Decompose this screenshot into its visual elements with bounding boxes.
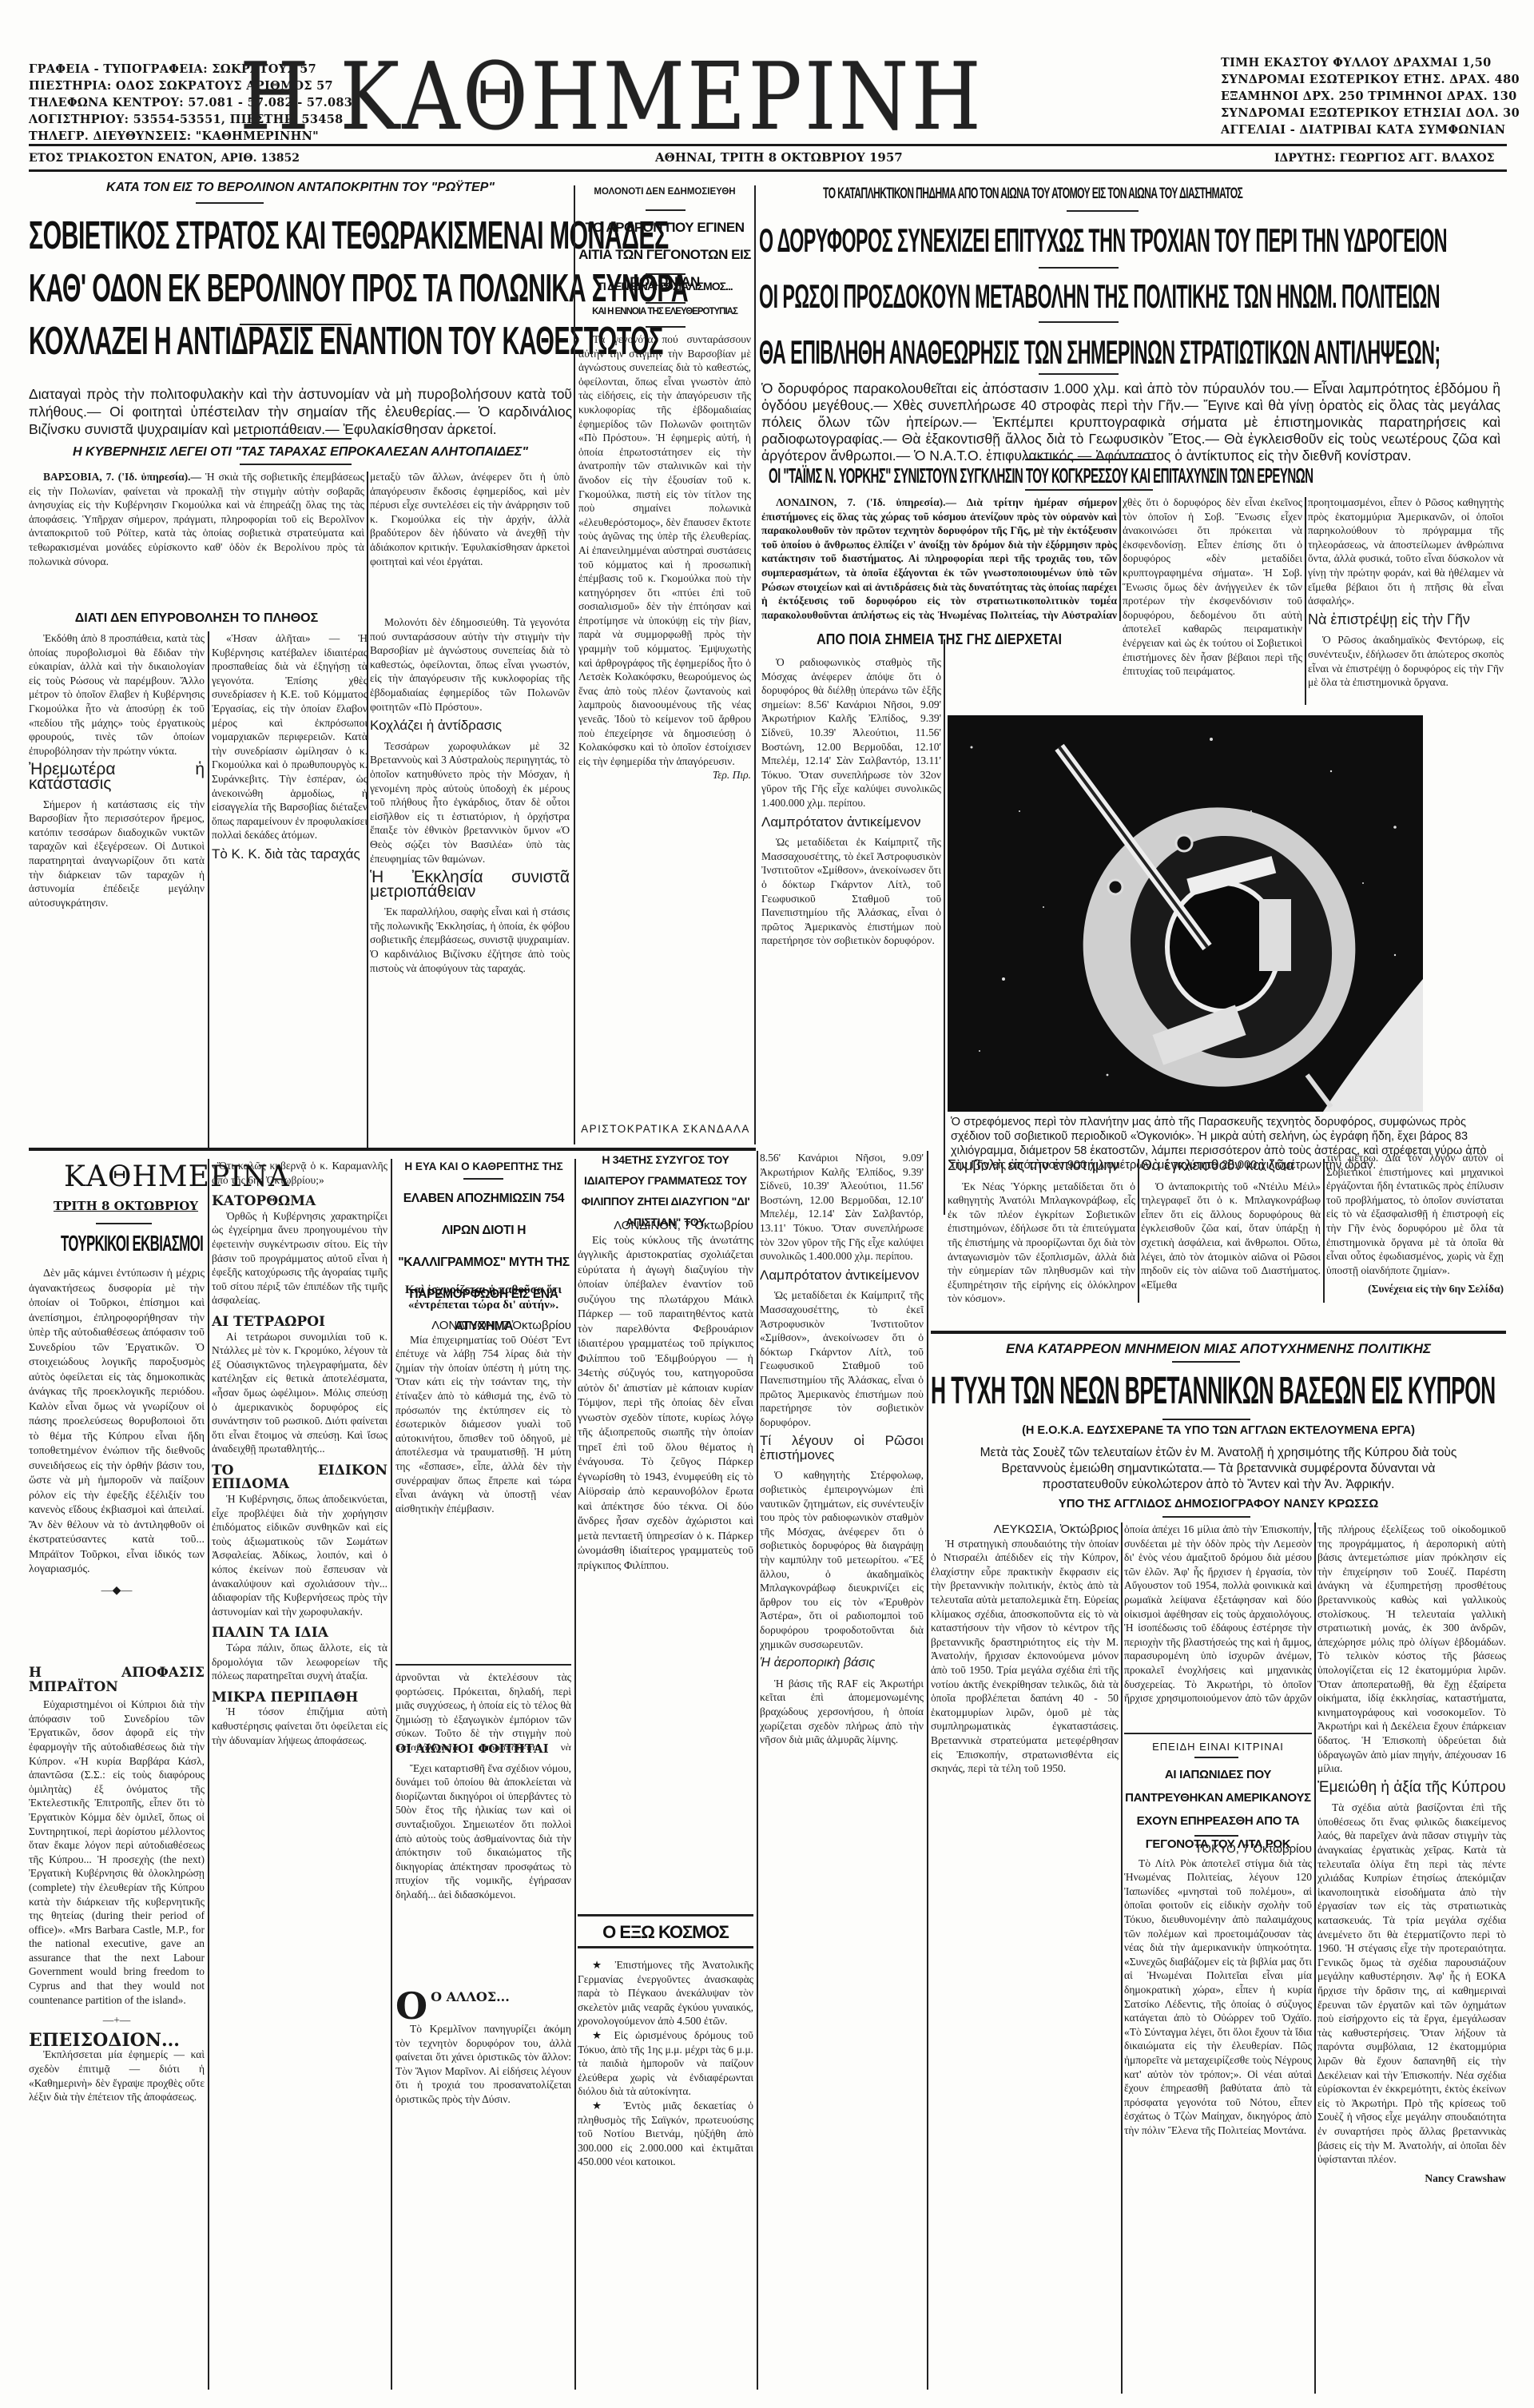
column-text: Τὰ σχέδια αὐτὰ βασίζονται ἐπὶ τῆς ὑποθέσ… — [1317, 1801, 1506, 2166]
divider — [1124, 1733, 1312, 1734]
eva-kicker: Η ΕΥΑ ΚΑΙ Ο ΚΑΘΡΕΠΤΗΣ ΤΗΣ — [394, 1160, 574, 1172]
censorship-head2: ΤΙ ΔΕΝ ΕΙΝΑΙ ΣΟΣΙΑΛΙΣΜΟΣ... — [577, 280, 753, 293]
poland-body-col2b: «Ἡσαν ἀλῆται» — Ἡ Κυβέρνησις κατέβαλεν ἰ… — [212, 631, 368, 1151]
poland-body-lead: ΒΑΡΣΟΒΙΑ, 7. ('Ιδ. ὑπηρεσία).— Ἡ σκιὰ τῆ… — [29, 470, 364, 606]
sputnik-body-col3c: Θὰ ἐγκλεισθοῦν καὶ ζῶα Ὁ ἀνταποκριτὴς το… — [1141, 1159, 1321, 1303]
column-text: χθὲς ὅτι ὁ δορυφόρος δὲν εἶναι ἐκεῖνος τ… — [1123, 496, 1302, 679]
item-heading: ΕΠΕΙΣΟΔΙΟΝ... — [29, 2034, 205, 2048]
sputnik-body-col4c: τινι μέτρῳ. Διὰ τὸν λόγον αὐτὸν οἱ Σοβιε… — [1326, 1151, 1504, 1303]
poland-body-col3: Μολονότι δὲν ἐδημοσιεύθη. Τὰ γεγονότα πο… — [370, 615, 570, 1151]
headline-text: ΟΙ ΑΙΩΝΙΟΙ ΦΟΙΤΗΤΑΙ — [395, 1742, 549, 1756]
subheading: Ἠρεμωτέρα ἡ κατάστασις — [29, 762, 205, 790]
column-rule — [1305, 497, 1306, 705]
item-heading: ΤΟ ΕΙΔΙΚΟΝ ΕΠΙΔΟΜΑ — [212, 1464, 387, 1492]
divider — [578, 1914, 753, 1916]
item-text: Εἰς ὡρισμένους δρόμους τοῦ Τόκυο, ἀπὸ τῆ… — [578, 2029, 753, 2097]
sputnik-lower-col: 8.56' Κανάριοι Νῆσοι, 9.09' Ἀκρωτήριον Κ… — [760, 1151, 924, 2302]
newspaper-title: Η ΚΑΘΗΜΕΡΙΝΗ — [240, 50, 984, 145]
divider — [646, 209, 686, 211]
item-text: Ἐντὸς μιᾶς δεκαετίας ὁ πληθυσμὸς τῆς Σαϊ… — [578, 2100, 753, 2167]
column-text: Ἐκ παραλλήλου, σαφὴς εἶναι καὶ ἡ στάσις … — [370, 905, 570, 975]
dateline: ΤΟΚΥΟ, 7 Ὀκτωβρίου — [1124, 1842, 1312, 1857]
ornament-divider: —+— — [29, 2013, 205, 2028]
subheading: Θὰ ἐγκλεισθοῦν καὶ ζῶα — [1141, 1159, 1321, 1173]
masthead-right-info: ΤΙΜΗ ΕΚΑΣΤΟΥ ΦΥΛΛΟΥ ΔΡΑΧΜΑΙ 1,50 ΣΥΝΔΡΟΜ… — [1221, 54, 1520, 138]
column-text: ἀρνοῦνται νὰ ἐκτελέσουν τὰς φορτώσεις. Π… — [395, 1670, 571, 1750]
headline-line: ΣΟΒΙΕΤΙΚΟΣ ΣΤΡΑΤΟΣ ΚΑΙ ΤΕΘΩΡΑΚΙΣΜΕΝΑΙ ΜΟ… — [29, 209, 583, 262]
poland-kicker: ΚΑΤΑ ΤΟΝ ΕΙΣ ΤΟ ΒΕΡΟΛΙΝΟΝ ΑΝΤΑΠΟΚΡΙΤΗΝ Τ… — [29, 181, 572, 195]
divider — [1162, 1419, 1250, 1420]
column-text: ὁποία ἀπέχει 16 μίλια ἀπὸ τὴν Ἐπισκοπήν,… — [1124, 1522, 1312, 1706]
column-text: τινι μέτρῳ. Διὰ τὸν λόγον αὐτὸν οἱ Σοβιε… — [1326, 1151, 1504, 1277]
sputnik-deck: Ὁ δορυφόρος παρακολουθεῖται εἰς ἀπόστασι… — [761, 380, 1500, 464]
headline-text: Ο ΑΛΛΟΣ... — [431, 1990, 510, 2004]
column-text: Ὡς μεταδίδεται ἐκ Καίμπριτζ τῆς Μασσαχου… — [760, 1288, 924, 1429]
column-rule — [1323, 1159, 1325, 1303]
column-rule — [1121, 1522, 1123, 2394]
drop-cap: O — [395, 1990, 427, 2022]
signature: Nancy Crawshaw — [1317, 2171, 1506, 2186]
kathimerina-body-1: Δὲν μᾶς κάμνει ἐντύπωσιν ἡ μέχρις ἀγανακ… — [29, 1267, 205, 1662]
subheading: Ἡ ἀεροπορικὴ βάσις — [760, 1656, 924, 1670]
subheading: Τί λέγουν οἱ Ρῶσοι ἐπιστήμονες — [760, 1434, 924, 1462]
lead-text: Ἡ σκιὰ τῆς σοβιετικῆς ἐπεμβάσεως εἰς τὴν… — [29, 471, 364, 567]
headline-line: ΘΑ ΕΠΙΒΛΗΘΗ ΑΝΑΘΕΩΡΗΣΙΣ ΤΩΝ ΣΗΜΕΡΙΝΩΝ ΣΤ… — [759, 328, 1513, 377]
divider — [1194, 1757, 1238, 1758]
headline-line: ΟΙ ΡΩΣΟΙ ΠΡΟΣΔΟΚΟΥΝ ΜΕΤΑΒΟΛΗΝ ΤΗΣ ΠΟΛΙΤΙ… — [759, 272, 1513, 321]
divider — [240, 464, 352, 465]
divider — [646, 302, 686, 304]
divider — [1039, 267, 1119, 269]
column-text: Ὁ ραδιοφωνικὸς σταθμὸς τῆς Μόσχας ἀνέφερ… — [761, 655, 941, 810]
sputnik-drawing-icon — [948, 715, 1423, 1112]
outside-item: ★ Ἐπιστήμονες τῆς Ἀνατολικῆς Γερμανίας ἐ… — [578, 1958, 753, 2028]
censorship-head3: ΚΑΙ Η ΕΝΝΟΙΑ ΤΗΣ ΕΛΕΥΘΕΡΟΤΥΠΙΑΣ — [577, 307, 753, 316]
kathimerina-body-2: Η ΑΠΟΦΑΣΙΣ ΜΠΡΑΪΤΟΝ Εὐχαριστημένοι οἱ Κύ… — [29, 1666, 205, 2290]
column-text: Αἱ τετράωροι συνομιλίαι τοῦ κ. Ντάλλες μ… — [212, 1330, 387, 1456]
sputnik-headline: Ο ΔΟΡΥΦΟΡΟΣ ΣΥΝΕΧΙΖΕΙ ΕΠΙΤΥΧΩΣ ΤΗΝ ΤΡΟΧΙ… — [759, 216, 1510, 377]
column-text: Ὡς μεταδίδεται ἐκ Καίμπριτζ τῆς Μασσαχου… — [761, 835, 941, 948]
column-rule — [754, 185, 756, 1144]
column-rule — [208, 631, 209, 1151]
divider — [1194, 1835, 1238, 1837]
column-text: μεταξὺ τῶν ἄλλων, ἀνέφερεν ὅτι ἡ ὑπὸ ἀπα… — [370, 470, 570, 568]
column-rule — [927, 1151, 928, 2390]
item-heading: ΠΑΛΙΝ ΤΑ ΙΔΙΑ — [212, 1626, 387, 1641]
cyprus-headline: Η ΤΥΧΗ ΤΩΝ ΝΕΩΝ ΒΡΕΤΑΝΝΙΚΩΝ ΒΑΣΕΩΝ ΕΙΣ Κ… — [931, 1367, 1502, 1416]
subheading: Συμβολὴ εἰς τὴν ἐπιστήμην — [948, 1159, 1135, 1173]
divider — [1067, 210, 1139, 212]
column-text: Ἔχει καταρτισθῆ ἕνα σχέδιον νόμου, δυνάμ… — [395, 1761, 571, 1902]
column-text: Ἐκπλήσσεται μία ἐφημερίς — καὶ σχεδὸν ἐπ… — [29, 2048, 205, 2104]
dateline: ΛΟΝΔΙΝΟΝ, 7 Ὀκτωβρίου — [395, 1319, 571, 1333]
section-rule — [931, 1331, 1506, 1334]
divider — [395, 1664, 571, 1666]
divider — [1039, 373, 1119, 375]
divider — [196, 202, 264, 204]
signature: Τερ. Πιρ. — [578, 768, 751, 782]
outside-item: ★ Εἰς ὡρισμένους δρόμους τοῦ Τόκυο, ἀπὸ … — [578, 2028, 753, 2099]
japan-kicker: ΕΠΕΙΔΗ ΕΙΝΑΙ ΚΙΤΡΙΝΑΙ — [1124, 1741, 1312, 1753]
column-text: Μία ἐπιχειρηματίας τοῦ Οὐέστ Ἔντ ἐπέτυχε… — [395, 1333, 571, 1516]
column-text: «Ἡσαν ἀλῆται» — Ἡ Κυβέρνησις κατέβαλεν ἰ… — [212, 631, 368, 842]
allos-headline: OΟ ΑΛΛΟΣ... — [395, 1990, 571, 2004]
column-text: Τὸ Κρεμλῖνον πανηγυρίζει ἀκόμη τὸν τεχνη… — [395, 2022, 571, 2107]
founder: ΙΔΡΥΤΗΣ: ΓΕΩΡΓΙΟΣ ΑΓΓ. ΒΛΑΧΟΣ — [1274, 152, 1495, 165]
poland-subhead-2: ΔΙΑΤΙ ΔΕΝ ΕΠΥΡΟΒΟΛΗΣΗ ΤΟ ΠΛΗΘΟΣ — [29, 611, 364, 626]
headline-line: Ο ΔΟΡΥΦΟΡΟΣ ΣΥΝΕΧΙΖΕΙ ΕΠΙΤΥΧΩΣ ΤΗΝ ΤΡΟΧΙ… — [759, 216, 1513, 265]
japan-body: ΤΟΚΥΟ, 7 Ὀκτωβρίου Τὸ Λίτλ Ρὸκ ἀποτελεῖ … — [1124, 1842, 1312, 2306]
column-rule — [574, 185, 575, 1144]
subheading: Λαμπρότατον ἀντικείμενον — [761, 815, 941, 830]
subheading: Ἐμειώθη ἡ ἀξία τῆς Κύπρου — [1317, 1781, 1506, 1795]
dateline: ΛΕΥΚΩΣΙΑ, Ὀκτώβριος — [931, 1522, 1119, 1537]
column-text: Τώρα πάλιν, ὅπως ἄλλοτε, εἰς τὰ δρομολόγ… — [212, 1641, 387, 1683]
column-text: Μολονότι δὲν ἐδημοσιεύθη. Τὰ γεγονότα πο… — [370, 615, 570, 714]
sputnik-kicker: ΤΟ ΚΑΤΑΠΛΗΚΤΙΚΟΝ ΠΗΔΗΜΑ ΑΠΟ ΤΟΝ ΑΙΩΝΑ ΤΟ… — [823, 185, 1437, 203]
item-text: Ἐπιστήμονες τῆς Ἀνατολικῆς Γερμανίας ἐνε… — [578, 1959, 753, 2027]
poland-body-col2: μεταξὺ τῶν ἄλλων, ἀνέφερεν ὅτι ἡ ὑπὸ ἀπα… — [370, 470, 570, 606]
dateline: ΛΟΝΔΙΝΟΝ, 7 Ὀκτωβρίου — [578, 1219, 753, 1234]
sputnik-body-col2: χθὲς ὅτι ὁ δορυφόρος δὲν εἶναι ἐκεῖνος τ… — [1123, 496, 1302, 703]
column-text: Τὰ γεγονότα πού συνταράσσουν αὐτὴν τὴν σ… — [578, 332, 751, 768]
divider — [1162, 1516, 1250, 1518]
column-rule — [757, 1151, 758, 2390]
column-text: Ἡ Κυβέρνησις, ὅπως ἀποδεικνύεται, εἶχε π… — [212, 1492, 387, 1618]
cyprus-col3: τῆς πλήρους ἐξελίξεως τοῦ οἰκοδομικοῦ τη… — [1317, 1522, 1506, 2322]
subheading: Τὸ Κ. Κ. διὰ τὰς ταραχάς — [212, 847, 368, 862]
column-text: Ἡ τόσον ἐπιζήμια αὐτὴ καθυστέρησις φαίνε… — [212, 1705, 387, 1747]
cyprus-byline: ΥΠΟ ΤΗΣ ΑΓΓΛΙΔΟΣ ΔΗΜΟΣΙΟΓΡΑΦΟΥ ΝΑΝΣΥ ΚΡΩ… — [931, 1497, 1506, 1510]
outside-world-headline: Ο ΕΞΩ ΚΟΣΜΟΣ — [578, 1922, 753, 1948]
sputnik-body-col3: προητοιμασμένοι, εἶπεν ὁ Ρῶσος καθηγητὴς… — [1308, 496, 1504, 703]
column-text: Σήμερον ἡ κατάστασις εἰς τὴν Βαρσοβίαν ἦ… — [29, 798, 205, 910]
sputnik-where-head: ΑΠΟ ΠΟΙΑ ΣΗΜΕΙΑ ΤΗΣ ΓΗΣ ΔΙΕΡΧΕΤΑΙ — [779, 631, 1099, 648]
column-text: προητοιμασμένοι, εἶπεν ὁ Ρῶσος καθηγητὴς… — [1308, 496, 1504, 608]
item-heading: ΑΙ ΤΕΤΡΑΩΡΟΙ — [212, 1315, 387, 1330]
divider — [1025, 489, 1153, 491]
item-heading: ΜΙΚΡΑ ΠΕΡΙΠΑΘΗ — [212, 1691, 387, 1706]
item-heading: Η ΑΠΟΦΑΣΙΣ ΜΠΡΑΪΤΟΝ — [29, 1666, 205, 1694]
censorship-body: Τὰ γεγονότα πού συνταράσσουν αὐτὴν τὴν σ… — [578, 332, 751, 1140]
divider — [1025, 459, 1153, 460]
subheading: Νὰ ἐπιστρέψῃ εἰς τὴν Γῆν — [1308, 613, 1504, 627]
column-rule — [944, 639, 945, 1215]
parker-kicker: ΑΡΙΣΤΟΚΡΑΤΙΚΑ ΣΚΑΝΔΑΛΑ — [578, 1123, 753, 1135]
column-text: Δὲν μᾶς κάμνει ἐντύπωσιν ἡ μέχρις ἀγανακ… — [29, 1267, 205, 1578]
column-text: Ὁ Ρῶσος ἀκαδημαϊκὸς Φεντόρωφ, εἰς συνέντ… — [1308, 633, 1504, 689]
parker-body: ΛΟΝΔΙΝΟΝ, 7 Ὀκτωβρίου Εἰς τοὺς κύκλους τ… — [578, 1219, 753, 1690]
column-rule — [1138, 1159, 1139, 1303]
column-text: Ὁ ἀνταποκριτὴς τοῦ «Ντέιλυ Μέιλ» τηλεγρα… — [1141, 1180, 1321, 1292]
subheading: Κοχλάζει ἡ ἀντίδρασις — [370, 718, 570, 733]
column-rule — [1314, 1522, 1316, 2394]
poland-deck: Διαταγαὶ πρὸς τὴν πολιτοφυλακὴν καὶ τὴν … — [29, 385, 572, 438]
satellite-illustration — [948, 715, 1423, 1112]
sputnik-body-col2c: Συμβολὴ εἰς τὴν ἐπιστήμην Ἐκ Νέας Ὑόρκης… — [948, 1159, 1135, 1303]
divider — [646, 273, 686, 275]
sputnik-body-lead: ΛΟΝΔΙΝΟΝ, 7. ('Ιδ. ὑπηρεσία).— Διὰ τρίτη… — [761, 496, 1117, 623]
poland-body-col1b: Ἐκδόθη ἀπὸ 8 προσπάθεια, κατὰ τὰς ὁποίας… — [29, 631, 205, 951]
column-text: Ἐκ Νέας Ὑόρκης μεταδίδεται ὅτι ὁ καθηγητ… — [948, 1180, 1135, 1303]
outside-world-items: ★ Ἐπιστήμονες τῆς Ἀνατολικῆς Γερμανίας ἐ… — [578, 1958, 753, 2294]
poland-headline: ΣΟΒΙΕΤΙΚΟΣ ΣΤΡΑΤΟΣ ΚΑΙ ΤΕΘΩΡΑΚΙΣΜΕΝΑΙ ΜΟ… — [29, 209, 584, 368]
lead-text: Διὰ τρίτην ἡμέραν σήμερον ἐπιστήμονες εἰ… — [761, 496, 1117, 623]
ornament-divider: —◆— — [29, 1584, 205, 1599]
cyprus-kicker: ΕΝΑ ΚΑΤΑΡΡΕΟΝ ΜΝΗΜΕΙΟΝ ΜΙΑΣ ΑΠΟΤΥΧΗΜΕΝΗΣ… — [931, 1341, 1506, 1357]
column-rule — [208, 1159, 209, 2390]
dateline: ΒΑΡΣΟΒΙΑ, 7. ('Ιδ. ὑπηρεσία).— — [43, 471, 201, 483]
students-headline: ΟΙ ΑΙΩΝΙΟΙ ΦΟΙΤΗΤΑΙ — [395, 1742, 571, 1757]
subscription-domestic: ΣΥΝΔΡΟΜΑΙ ΕΣΩΤΕΡΙΚΟΥ ΕΤΗΣ. ΔΡΑΧ. 480 — [1221, 71, 1520, 88]
item-heading: ΚΑΤΟΡΘΩΜΑ — [212, 1195, 387, 1209]
censorship-kicker: ΜΟΛΟΝΟΤΙ ΔΕΝ ΕΔΗΜΟΣΙΕΥΘΗ — [577, 187, 753, 197]
allos-section: OΟ ΑΛΛΟΣ... Τὸ Κρεμλῖνον πανηγυρίζει ἀκό… — [395, 1990, 571, 2294]
column-text: Τὸ Λίτλ Ρὸκ ἀποτελεῖ στίγμα διὰ τὰς Ἡνωμ… — [1124, 1857, 1312, 2138]
cyprus-col2: ὁποία ἀπέχει 16 μίλια ἀπὸ τὴν Ἐπισκοπήν,… — [1124, 1522, 1312, 1706]
divider — [240, 324, 352, 325]
eva-deck: Καὶ ἰσχυρίζεται ἡ παθοῦσα ὅτι «ἐντρέπετα… — [395, 1283, 571, 1313]
price: ΤΙΜΗ ΕΚΑΣΤΟΥ ΦΥΛΛΟΥ ΔΡΑΧΜΑΙ 1,50 — [1221, 54, 1520, 71]
subheading: Ἡ Ἐκκλησία συνιστᾶ μετριοπάθειαν — [370, 870, 570, 898]
divider — [646, 326, 686, 328]
divider — [1172, 1361, 1240, 1363]
masthead-rule-top — [29, 144, 1507, 146]
column-text: Ἐκδόθη ἀπὸ 8 προσπάθεια, κατὰ τὰς ὁποίας… — [29, 631, 205, 758]
kathimerina-date: ΤΡΙΤΗ 8 ΟΚΤΩΒΡΙΟΥ — [48, 1199, 204, 1213]
cyprus-subkicker: (Η Ε.Ο.Κ.Α. ΕΔΥΣΧΕΡΑΝΕ ΤΑ ΥΠΟ ΤΩΝ ΑΓΓΛΩΝ… — [931, 1424, 1506, 1437]
subscription-foreign: ΣΥΝΔΡΟΜΑΙ ΕΞΩΤΕΡΙΚΟΥ ΕΤΗΣΙΑΙ ΔΟΛ. 30 — [1221, 105, 1520, 121]
divider — [1039, 321, 1119, 323]
column-rule — [391, 1159, 392, 2390]
column-text: Ἡ στρατηγικὴ σπουδαιότης τὴν ὁποίαν ὁ Ντ… — [931, 1537, 1119, 1776]
eva-body: ΛΟΝΔΙΝΟΝ, 7 Ὀκτωβρίου Μία ἐπιχειρηματίας… — [395, 1319, 571, 1654]
column-text: Εὐχαριστημένοι οἱ Κύπριοι διὰ τὴν ἀπόφασ… — [29, 1698, 205, 2007]
issue-date: ΑΘΗΝΑΙ, ΤΡΙΤΗ 8 ΟΚΤΩΒΡΙΟΥ 1957 — [655, 150, 903, 165]
sputnik-subhead: ΟΙ "ΤΑΪΜΣ Ν. ΥΟΡΚΗΣ" ΣΥΝΙΣΤΟΥΝ ΣΥΓΚΛΗΣΙΝ… — [769, 464, 1510, 488]
continued-note: (Συνέχεια εἰς τὴν 6ην Σελίδα) — [1326, 1282, 1504, 1296]
column-rule — [1119, 497, 1121, 621]
poland-subhead: Η ΚΥΒΕΡΝΗΣΙΣ ΛΕΓΕΙ ΟΤΙ "ΤΑΣ ΤΑΡΑΧΑΣ ΕΠΡΟ… — [29, 445, 572, 460]
cyprus-deck: Μετὰ τὰς Σουὲζ τῶν τελευταίων ἐτῶν ἐν Μ.… — [959, 1445, 1478, 1493]
kathimerina-col2: «Ὅτι καλῶς κυβερνᾷ ὁ κ. Καραμανλῆς ἀπὸ τ… — [212, 1159, 387, 2390]
column-text: τῆς πλήρους ἐξελίξεως τοῦ οἰκοδομικοῦ τη… — [1317, 1522, 1506, 1776]
eva-body-2: ἀρνοῦνται νὰ ἐκτελέσουν τὰς φορτώσεις. Π… — [395, 1670, 571, 1750]
column-text: Ὀρθῶς ἡ Κυβέρνησις χαρακτηρίζει ὡς ἐγχεί… — [212, 1209, 387, 1307]
masthead-rule-bottom — [29, 169, 1507, 172]
divider — [463, 1178, 503, 1180]
divider — [240, 438, 352, 440]
outside-item: ★ Ἐντὸς μιᾶς δεκαετίας ὁ πληθυσμὸς τῆς Σ… — [578, 2099, 753, 2169]
column-rule — [574, 1159, 576, 2390]
column-text: Τεσσάρων χωροφυλάκων μὲ 32 Βρεταννοὺς κα… — [370, 739, 570, 866]
subscription-periods: ΕΞΑΜΗΝΟΙ ΔΡΧ. 250 ΤΡΙΜΗΝΟΙ ΔΡΑΧ. 130 — [1221, 88, 1520, 105]
students-section: ΟΙ ΑΙΩΝΙΟΙ ΦΟΙΤΗΤΑΙ Ἔχει καταρτισθῆ ἕνα … — [395, 1742, 571, 1982]
column-text: Ὁ καθηγητὴς Στέρφολωφ, σοβιετικὸς ἐμπειρ… — [760, 1468, 924, 1651]
year-issue: ΕΤΟΣ ΤΡΙΑΚΟΣΤΟΝ ΕΝΑΤΟΝ, ΑΡΙΘ. 13852 — [29, 152, 300, 165]
divider — [96, 1223, 152, 1224]
advertising-terms: ΑΓΓΕΛΙΑΙ - ΔΙΑΤΡΙΒΑΙ ΚΑΤΑ ΣΥΜΦΩΝΙΑΝ — [1221, 121, 1520, 138]
column-text: Εἰς τοὺς κύκλους τῆς ἀνωτάτης ἀγγλικῆς ἀ… — [578, 1234, 753, 1574]
cyprus-col1: ΛΕΥΚΩΣΙΑ, Ὀκτώβριος Ἡ στρατηγικὴ σπουδαι… — [931, 1522, 1119, 2290]
column-text: Ἡ βάσις τῆς RAF εἰς Ἀκρωτήρι κεῖται ἐπὶ … — [760, 1677, 924, 1747]
dateline: ΛΟΝΔΙΝΟΝ, 7. ('Ιδ. ὑπηρεσία).— — [776, 496, 956, 508]
sputnik-body-col1b: Ὁ ραδιοφωνικὸς σταθμὸς τῆς Μόσχας ἀνέφερ… — [761, 655, 941, 1215]
headline-line: ΚΟΧΛΑΖΕΙ Η ΑΝΤΙΔΡΑΣΙΣ ΕΝΑΝΤΙΟΝ ΤΟΥ ΚΑΘΕΣ… — [29, 315, 583, 368]
subheading: Λαμπρότατον ἀντικείμενον — [760, 1268, 924, 1283]
headline-line: ΚΑΘ' ΟΔΟΝ ΕΚ ΒΕΡΟΛΙΝΟΥ ΠΡΟΣ ΤΑ ΠΟΛΩΝΙΚΑ … — [29, 262, 583, 315]
